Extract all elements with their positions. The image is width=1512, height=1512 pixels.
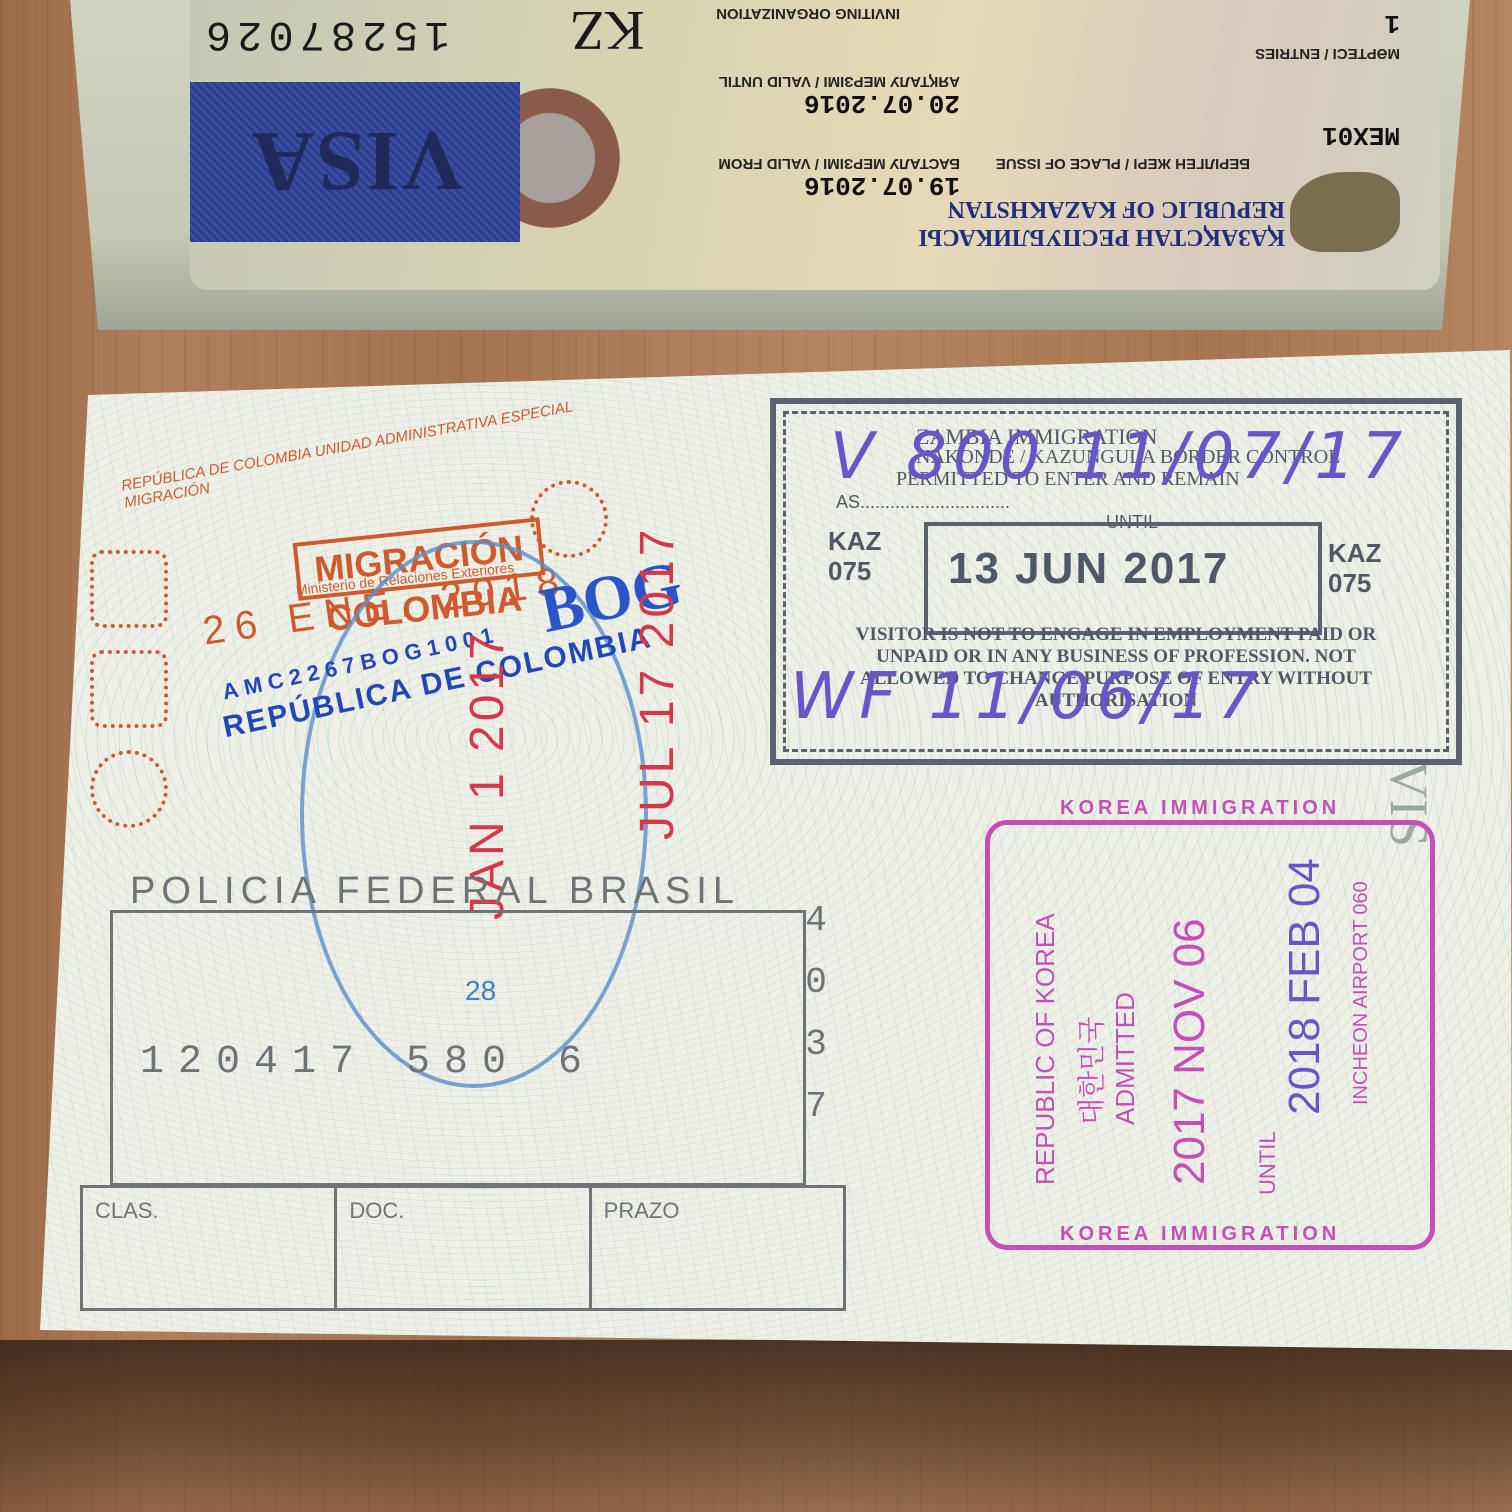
zambia-code-left: KAZ075 (828, 526, 881, 586)
field-clas: CLAS. (83, 1188, 337, 1308)
zambia-date: 13 JUN 2017 (948, 544, 1229, 594)
korea-port: INCHEON AIRPORT 060 (1350, 881, 1373, 1105)
place-of-issue-label: БЕРІЛГЕН ЖЕРІ / PLACE OF ISSUE (996, 155, 1250, 172)
korea-country: REPUBLIC OF KOREA (1030, 913, 1061, 1185)
table-shadow (0, 1340, 1512, 1512)
seal-icon (90, 650, 168, 728)
seal-icon (530, 480, 608, 558)
korea-immigration-stamp: KOREA IMMIGRATION KOREA IMMIGRATION REPU… (985, 820, 1435, 1250)
korea-ring-top: KOREA IMMIGRATION (1060, 797, 1340, 820)
inviting-org-label: INVITING ORGANIZATION (716, 5, 900, 22)
visa-country-code: KZ (570, 0, 645, 62)
kazakhstan-visa-sticker: ҚАЗАҚСТАН РЕСПУБЛИКАСЫ REPUBLIC OF KAZAK… (190, 0, 1440, 290)
seal-icon (90, 750, 168, 828)
visa-page: ҚАЗАҚСТАН РЕСПУБЛИКАСЫ REPUBLIC OF KAZAK… (70, 0, 1470, 330)
valid-from: 19.07.2016 (804, 170, 960, 200)
brasil-fields: CLAS. DOC. PRAZO (80, 1185, 846, 1311)
valid-until: 20.07.2016 (804, 88, 960, 118)
visa-number: 15287026 (200, 10, 450, 58)
korea-until-date: 2018 FEB 04 (1280, 858, 1330, 1115)
field-prazo: PRAZO (592, 1188, 843, 1308)
kazakhstan-map-icon (1290, 172, 1400, 252)
visa-title: VISA (250, 112, 464, 212)
seal-icon (90, 550, 168, 628)
korea-korean: 대한민국 (1070, 1017, 1110, 1125)
zambia-as-label: AS.............................. (836, 492, 1010, 513)
place-of-issue: MEX01 (1322, 120, 1400, 150)
brasil-number: 120417 580 6 (140, 1040, 596, 1085)
handwritten-note-top: V 800 11/07/17 (830, 420, 1408, 494)
zambia-date-box: 13 JUN 2017 (924, 522, 1322, 635)
entries: 1 (1384, 8, 1400, 38)
korea-date: 2017 NOV 06 (1165, 918, 1215, 1185)
korea-until-label: UNTIL (1255, 1131, 1281, 1195)
visa-country-english: REPUBLIC OF KAZAKHSTAN (948, 195, 1285, 222)
brasil-title: POLICIA FEDERAL BRASIL (130, 870, 740, 913)
brasil-side-digits: 4 0 3 7 (802, 890, 830, 1138)
visa-country-cyrillic: ҚАЗАҚСТАН РЕСПУБЛИКАСЫ (919, 223, 1285, 250)
zambia-code-right: KAZ075 (1328, 538, 1381, 598)
handwritten-note-bottom: WF 11/06/17 (790, 660, 1264, 734)
brasil-policia-federal-stamp: POLICIA FEDERAL BRASIL 120417 580 6 4 0 … (80, 850, 840, 1310)
entries-label: МӘРТЕСІ / ENTRIES (1255, 45, 1400, 62)
field-doc: DOC. (337, 1188, 591, 1308)
colombia-red-date-exit: JUL 17 2017 (630, 526, 685, 840)
korea-status: ADMITTED (1110, 992, 1141, 1125)
korea-ring-bottom: KOREA IMMIGRATION (1060, 1223, 1340, 1246)
